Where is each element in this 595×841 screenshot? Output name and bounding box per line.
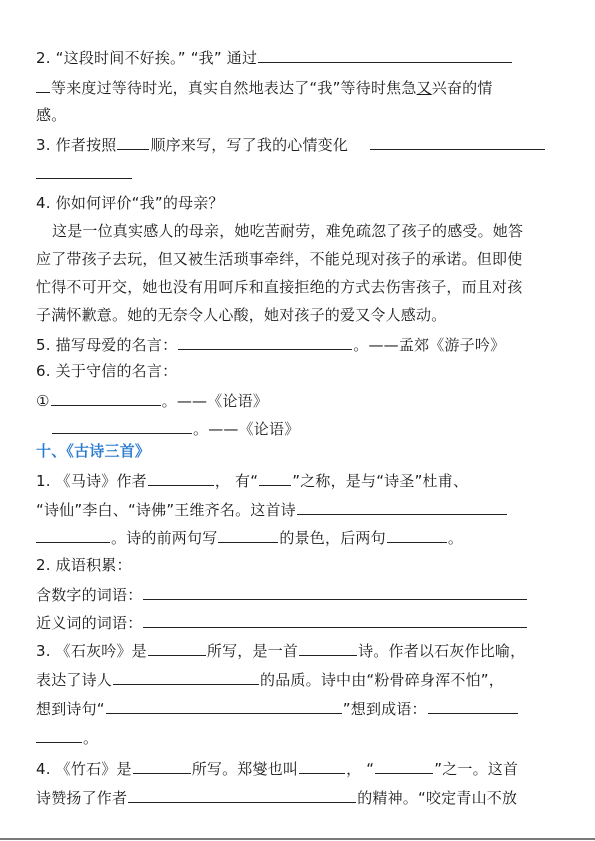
s10-q3-verse-blank[interactable] (106, 697, 342, 714)
s10-q3-text-3: 诗。作者以石灰作比喻， (358, 642, 525, 660)
s10-q4-group-blank[interactable] (375, 757, 433, 774)
s10-q2-numbers-blank[interactable] (143, 583, 527, 600)
s10-q1-author-blank[interactable] (148, 469, 214, 486)
s10-q1-theme-blank-cont[interactable] (36, 526, 110, 543)
s10-q3-text-2: 所写，是一首 (207, 642, 298, 660)
s10-q1-text-5: 。诗的前两句写 (111, 529, 217, 547)
q3-answer-blank-cont[interactable] (36, 162, 132, 179)
q3-text-2: 顺序来写，写了我的心情变化 (150, 136, 348, 154)
s10-q2-synonyms-blank[interactable] (143, 611, 527, 628)
s10-q3-author-blank[interactable] (148, 639, 206, 656)
q3-line-1: 3. 作者按照顺序来写，写了我的心情变化 (36, 133, 560, 155)
q2-text-4: 感。 (36, 106, 66, 124)
s10-q3-text: 3. 《石灰吟》是 (36, 642, 147, 660)
q6-item-1-source: 。——《论语》 (162, 392, 268, 410)
q2-underlined-char: 又 (417, 79, 432, 97)
s10-q1-line-3: 。诗的前两句写的景色，后两句。 (36, 526, 560, 548)
section-10-heading: 十、《古诗三首》 (36, 441, 560, 461)
s10-q4-text-4: ”之一。这首 (434, 760, 518, 778)
s10-q1-theme-blank[interactable] (297, 498, 507, 515)
s10-q3-text-7: ”想到成语： (343, 700, 427, 718)
s10-q3-text-8: 。 (83, 729, 98, 747)
s10-q2-synonyms-line: 近义词的词语： (36, 611, 560, 633)
s10-q4-text-3: ， “ (346, 760, 374, 778)
s10-q3-line-2: 表达了诗人的品质。诗中由“粉骨碎身浑不怕”， (36, 668, 560, 690)
q5-line: 5. 描写母爱的名言：。——孟郊《游子吟》 (36, 333, 560, 355)
q2-line-2: 等来度过等待时光，真实自然地表达了“我”等待时焦急又兴奋的情 (36, 76, 560, 98)
q3-text: 3. 作者按照 (36, 136, 116, 154)
s10-q1-text-6: 的景色，后两句 (279, 529, 385, 547)
q6-label: 6. 关于守信的名言： (36, 361, 560, 381)
s10-q3-line-4: 。 (36, 726, 560, 748)
s10-q3-type-blank[interactable] (299, 639, 357, 656)
s10-q4-text-6: 的精神。“咬定青山不放 (357, 789, 517, 807)
s10-q3-text-4: 表达了诗人 (36, 671, 112, 689)
s10-q3-text-5: 的品质。诗中由“粉骨碎身浑不怕”， (260, 671, 504, 689)
q4-answer-line-3: 忙得不可开交，她也没有用呵斥和直接拒绝的方式去伤害孩子，而且对孩 (36, 277, 560, 297)
q3-order-blank[interactable] (117, 133, 149, 150)
q3-answer-blank[interactable] (370, 133, 545, 150)
s10-q3-quality-blank[interactable] (113, 668, 259, 685)
s10-q1-text-7: 。 (448, 529, 463, 547)
q3-line-2 (36, 162, 560, 184)
s10-q1-scene-blank[interactable] (218, 526, 278, 543)
s10-q4-spirit-blank[interactable] (128, 786, 356, 803)
s10-q4-text: 4. 《竹石》是 (36, 760, 132, 778)
q6-item-2: 。——《论语》 (36, 417, 560, 439)
q6-item-1-marker: ① (36, 392, 50, 410)
s10-q4-line-2: 诗赞扬了作者的精神。“咬定青山不放 (36, 786, 560, 808)
q4-question: 4. 你如何评价“我”的母亲？ (36, 193, 560, 213)
s10-q2-numbers-line: 含数字的词语： (36, 583, 560, 605)
q2-text: 2. “这段时间不好挨。” “我” 通过 (36, 49, 257, 67)
s10-q4-line-1: 4. 《竹石》是所写。郑燮也叫， “”之一。这首 (36, 757, 560, 779)
s10-q2-numbers-label: 含数字的词语： (36, 586, 142, 604)
q2-line-3: 感。 (36, 105, 560, 125)
s10-q2-label: 2. 成语积累： (36, 555, 560, 575)
s10-q1-text-2: ， 有“ (215, 472, 258, 490)
s10-q3-text-6: 想到诗句“ (36, 700, 105, 718)
s10-q4-author-blank[interactable] (133, 757, 191, 774)
q4-answer-line-2: 应了带孩子去玩，但又被生活琐事牵绊，不能兑现对孩子的承诺。但即使 (36, 249, 560, 269)
q2-answer-blank-cont[interactable] (36, 76, 50, 93)
q5-source: 。——孟郊《游子吟》 (353, 336, 505, 354)
s10-q3-line-1: 3. 《石灰吟》是所写，是一首诗。作者以石灰作比喻， (36, 639, 560, 661)
s10-q4-text-2: 所写。郑燮也叫 (192, 760, 298, 778)
s10-q1-text-4: “诗仙”李白、“诗佛”王维齐名。这首诗 (36, 501, 296, 519)
q4-answer-line-4: 子满怀歉意。她的无奈令人心酸，她对孩子的爱又令人感动。 (36, 305, 560, 325)
page-bottom-divider (0, 838, 595, 840)
q2-text-3: 兴奋的情 (432, 79, 493, 97)
s10-q4-alias-blank[interactable] (299, 757, 345, 774)
s10-q1-line-2: “诗仙”李白、“诗佛”王维齐名。这首诗 (36, 498, 560, 520)
q6-item-2-source: 。——《论语》 (193, 420, 299, 438)
s10-q1-title-blank[interactable] (259, 469, 291, 486)
s10-q3-idiom-blank[interactable] (428, 697, 518, 714)
s10-q2-synonyms-label: 近义词的词语： (36, 614, 142, 632)
s10-q1-latter-blank[interactable] (387, 526, 447, 543)
s10-q1-text: 1. 《马诗》作者 (36, 472, 147, 490)
q6-item-1: ①。——《论语》 (36, 389, 560, 411)
q2-answer-blank[interactable] (258, 46, 512, 63)
s10-q1-text-3: ”之称，是与“诗圣”杜甫、 (292, 472, 468, 490)
q6-item-2-blank[interactable] (52, 417, 192, 434)
s10-q3-line-3: 想到诗句“”想到成语： (36, 697, 560, 719)
s10-q1-line-1: 1. 《马诗》作者， 有“”之称，是与“诗圣”杜甫、 (36, 469, 560, 491)
q4-answer-line-1: 这是一位真实感人的母亲，她吃苦耐劳，难免疏忽了孩子的感受。她答 (36, 221, 576, 241)
s10-q3-idiom-blank-cont[interactable] (36, 726, 82, 743)
q2-text-2: 等来度过等待时光，真实自然地表达了“我”等待时焦急 (51, 79, 417, 97)
q2-line-1: 2. “这段时间不好挨。” “我” 通过 (36, 46, 560, 68)
q5-label: 5. 描写母爱的名言： (36, 336, 177, 354)
q6-item-1-blank[interactable] (51, 389, 161, 406)
worksheet-page: 2. “这段时间不好挨。” “我” 通过 等来度过等待时光，真实自然地表达了“我… (0, 0, 595, 841)
s10-q4-text-5: 诗赞扬了作者 (36, 789, 127, 807)
q5-answer-blank[interactable] (178, 333, 352, 350)
